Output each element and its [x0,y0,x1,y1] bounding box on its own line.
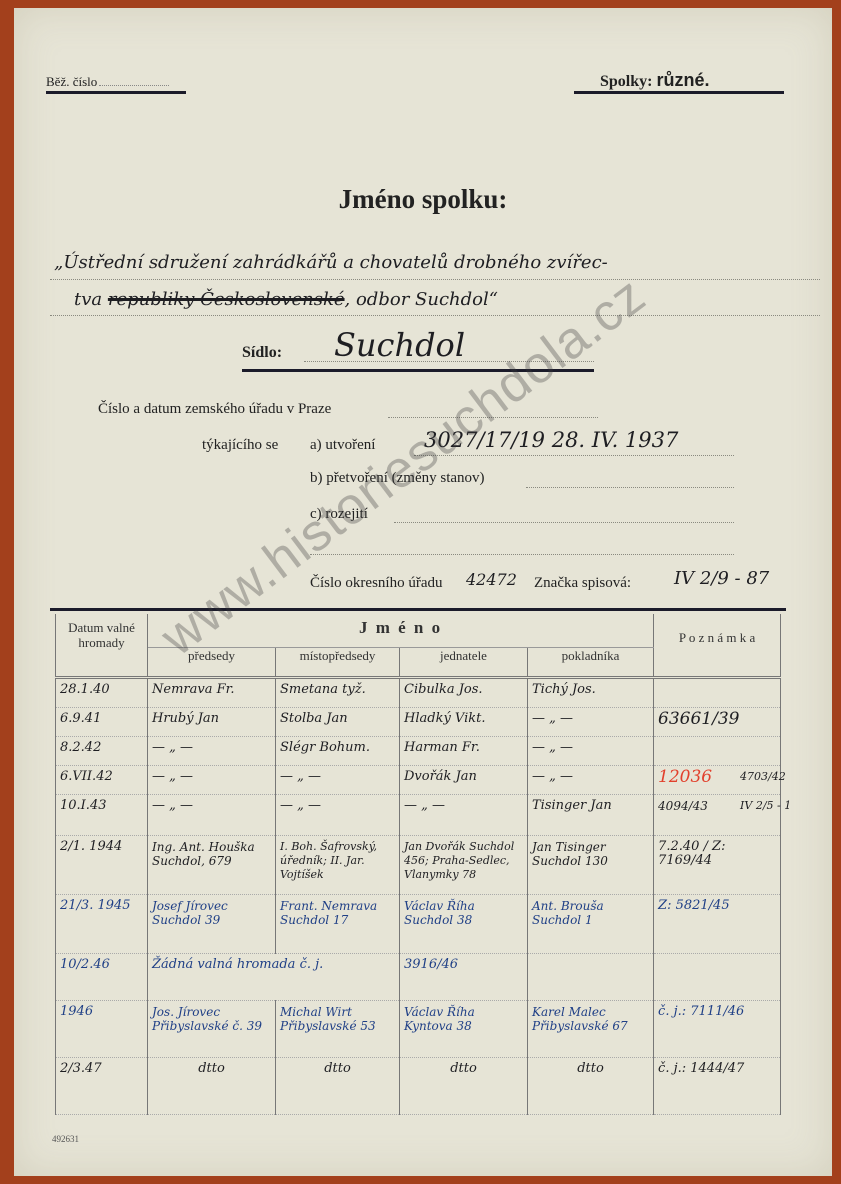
col-header-mistopredsedy: místopředsedy [276,647,400,677]
table-row: 28.1.40 Nemrava Fr. Smetana tyž. Cibulka… [56,678,781,708]
row-predseda: — „ — [148,737,275,759]
row-poznamka [654,679,780,687]
okresni-urad-label: Číslo okresního úřadu [310,575,443,592]
row-mistopredseda: Stolba Jan [276,708,399,730]
header-rule-left [46,91,186,94]
struck-text: republiky Československé [108,289,345,310]
table-top-rule [50,608,786,611]
row-mistopredseda: — „ — [276,766,399,788]
table-row: 1946 Jos. Jírovec Přibyslavské č. 39 Mic… [56,1001,781,1058]
znacka-label: Značka spisová: [534,575,631,592]
row-jednatel: Cibulka Jos. [400,679,527,701]
row-jednatel: Harman Fr. [400,737,527,759]
row-predseda: Nemrava Fr. [148,679,275,701]
name-line-2 [50,314,820,316]
row-mistopredseda: Slégr Bohum. [276,737,399,759]
col-header-poznamka: P o z n á m k a [654,614,781,678]
line2-suffix: , odbor Suchdol“ [345,289,498,310]
row-pokladnik: Tisinger Jan [528,795,653,817]
sidlo-label: Sídlo: [242,344,282,362]
name-line-1 [50,278,820,280]
row-jednatel: Jan Dvořák Suchdol 456; Praha-Sedlec, Vl… [400,836,527,886]
row-poznamka: 63661/39 [654,708,780,730]
page-title: Jméno spolku: [14,184,832,215]
row-predseda: — „ — [148,795,275,817]
row-pokladnik: Tichý Jos. [528,679,653,701]
row-predseda: Josef Jírovec Suchdol 39 [148,895,275,931]
row-jednatel: Hladký Vikt. [400,708,527,730]
row-date: 6.9.41 [56,708,147,730]
row-mistopredseda: dtto [276,1058,399,1080]
row-poznamka-extra: IV 2/5 - 1 [740,799,791,812]
table-row: 2/3.47 dtto dtto dtto dtto č. j.: 1444/4… [56,1058,781,1115]
col-header-date: Datum valné hromady [56,614,148,678]
sidlo-rule [242,369,594,372]
row-pokladnik: Ant. Brouša Suchdol 1 [528,895,653,931]
row-jednatel: dtto [400,1058,527,1080]
row-date: 10/2.46 [56,954,147,976]
form-code: 492631 [52,1134,79,1144]
row-pokladnik: — „ — [528,737,653,759]
row-predseda: dtto [148,1058,275,1080]
col-header-pokladnika: pokladníka [528,647,654,677]
row-predseda: Hrubý Jan [148,708,275,730]
table-row: 21/3. 1945 Josef Jírovec Suchdol 39 Fran… [56,895,781,954]
utvoreni-value: 3027/17/19 28. IV. 1937 [424,428,678,452]
association-name-line2: tva republiky Československé, odbor Such… [74,289,498,310]
bez-cislo-label: Běž. číslo [46,74,169,90]
row-date: 10.I.43 [56,795,147,817]
row-pokladnik: Jan Tisinger Suchdol 130 [528,836,653,872]
row-poznamka: č. j.: 1444/47 [654,1058,780,1080]
row-poznamka-extra: 4703/42 [740,770,786,783]
row-jednatel: Václav Říha Kyntova 38 [400,1001,527,1037]
znacka-value: IV 2/9 - 87 [674,568,769,589]
table-row: 10.I.43 — „ — — „ — — „ — Tisinger Jan 4… [56,795,781,836]
table-row: 8.2.42 — „ — Slégr Bohum. Harman Fr. — „… [56,737,781,766]
row-pokladnik: — „ — [528,766,653,788]
row-date: 1946 [56,1001,147,1023]
spolky-value: různé. [656,70,709,90]
utvoreni-label: a) utvoření [310,437,375,454]
sidlo-value: Suchdol [334,326,465,364]
row-poznamka: 7.2.40 / Z: 7169/44 [654,836,780,872]
row-predseda: Jos. Jírovec Přibyslavské č. 39 [148,1001,275,1037]
row-poznamka: Z: 5821/45 [654,895,780,917]
row-jednatel: Václav Říha Suchdol 38 [400,895,527,931]
table-row: 2/1. 1944 Ing. Ant. Houška Suchdol, 679 … [56,836,781,895]
row-date: 6.VII.42 [56,766,147,788]
table-row: 10/2.46 Žádná valná hromada č. j. 3916/4… [56,954,781,1001]
association-name-line1: „Ústřední sdružení zahrádkářů a chovatel… [54,252,608,273]
header-rule-right [574,91,784,94]
row-poznamka: č. j.: 7111/46 [654,1001,780,1023]
row-jednatel: Dvořák Jan [400,766,527,788]
row-date: 2/3.47 [56,1058,147,1080]
row-pokladnik [528,954,653,962]
col-header-predsedy: předsedy [148,647,276,677]
row-mistopredseda: Frant. Nemrava Suchdol 17 [276,895,399,931]
row-mistopredseda: — „ — [276,795,399,817]
zemsky-urad-label: Číslo a datum zemského úřadu v Praze [98,401,331,418]
row-date: 2/1. 1944 [56,836,147,858]
utvoreni-dotline [414,454,734,456]
register-table: Datum valné hromady J m é n o P o z n á … [55,614,781,1115]
row-jednatel: 3916/46 [400,954,527,976]
row-predseda: Ing. Ant. Houška Suchdol, 679 [148,836,275,872]
row-predseda: Žádná valná hromada č. j. [148,954,399,976]
rozejiti-dotline [394,521,734,523]
row-predseda: — „ — [148,766,275,788]
blank-dotline [310,553,734,555]
col-header-jednatele: jednatele [400,647,528,677]
row-mistopredseda: Smetana tyž. [276,679,399,701]
col-header-jmeno: J m é n o [148,614,654,647]
row-poznamka [654,737,780,745]
row-date: 21/3. 1945 [56,895,147,917]
row-pokladnik: Karel Malec Přibyslavské 67 [528,1001,653,1037]
row-date: 8.2.42 [56,737,147,759]
zemsky-dotline [388,416,598,418]
row-mistopredseda: Michal Wirt Přibyslavské 53 [276,1001,399,1037]
row-mistopredseda: I. Boh. Šafrovský, úředník; II. Jar. Voj… [276,836,399,886]
pretvoreni-dotline [526,486,734,488]
row-poznamka [654,954,780,962]
table-row: 6.9.41 Hrubý Jan Stolba Jan Hladký Vikt.… [56,708,781,737]
row-pokladnik: — „ — [528,708,653,730]
spolky-header: Spolky: různé. [600,70,709,91]
okresni-urad-value: 42472 [466,570,517,589]
row-date: 28.1.40 [56,679,147,701]
pretvoreni-label: b) přetvoření (změny stanov) [310,470,485,487]
spolky-label: Spolky: [600,73,652,90]
table-row: 6.VII.42 — „ — — „ — Dvořák Jan — „ — 12… [56,766,781,795]
line2-prefix: tva [74,289,102,310]
row-jednatel: — „ — [400,795,527,817]
rozejiti-label: c) rozejití [310,506,368,523]
row-pokladnik: dtto [528,1058,653,1080]
tykajiciho-label: týkajícího se [202,437,278,454]
